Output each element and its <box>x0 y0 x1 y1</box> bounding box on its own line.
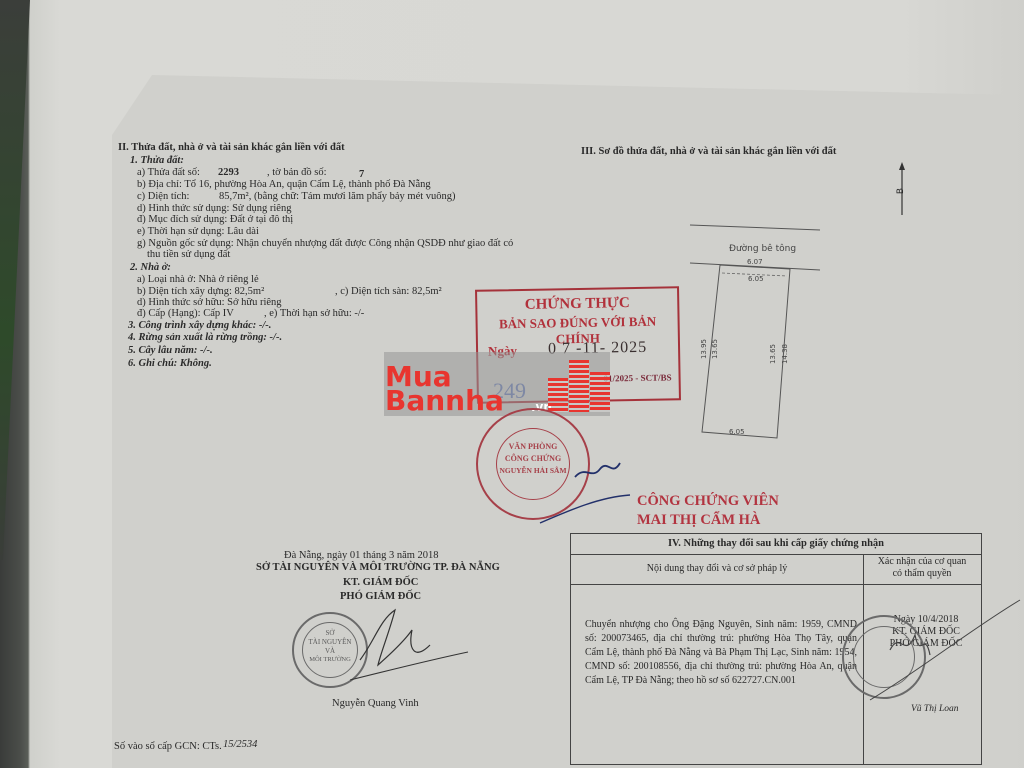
header-confirmation-line1: Xác nhận của cơ quan <box>863 556 981 568</box>
land-use-term: e) Thời hạn sử dụng: Lâu dài <box>137 226 259 238</box>
dim-top-inner: 6.05 <box>748 275 764 283</box>
dim-left-inner: 13.65 <box>711 339 719 359</box>
notary-title: CÔNG CHỨNG VIÊN <box>637 493 779 510</box>
header-confirmation: Xác nhận của cơ quan có thẩm quyền <box>863 556 981 580</box>
section-3-title: III. Sơ đồ thửa đất, nhà ở và tài sản kh… <box>581 146 836 157</box>
watermark-line2: Bannha <box>385 388 504 414</box>
gcn-number: 15/2534 <box>223 739 257 751</box>
dim-right-inner: 13.65 <box>769 344 777 364</box>
watermark-building-icon <box>569 360 589 412</box>
issuer-signature <box>320 600 470 690</box>
watermark-building-icon <box>548 378 568 412</box>
gcn-label: Số vào sổ cấp GCN: CTs. <box>114 741 222 753</box>
land-address: b) Địa chỉ: Tổ 16, phường Hòa An, quận C… <box>137 179 431 191</box>
section-2-title: II. Thửa đất, nhà ở và tài sản khác gắn … <box>118 142 345 153</box>
watermark-building-icon <box>590 372 610 412</box>
land-area-value: 85,7m², (bằng chữ: Tám mươi lăm phẩy bảy… <box>219 191 456 203</box>
house-type: a) Loại nhà ở: Nhà ở riêng lẻ <box>137 274 259 286</box>
dim-top-outer: 6.07 <box>747 258 763 266</box>
dim-left-outer: 13.95 <box>700 339 708 359</box>
notary-seal-line1: VĂN PHÒNG <box>478 442 588 451</box>
confirmation-signature <box>860 590 1024 710</box>
map-sheet-label: , tờ bản đồ số: <box>267 167 327 179</box>
land-area-label: c) Diện tích: <box>137 191 189 203</box>
parcel-number: 2293 <box>218 167 239 179</box>
land-use-purpose: đ) Mục đích sử dụng: Đất ở tại đô thị <box>137 214 293 226</box>
issuer-signer-name: Nguyễn Quang Vinh <box>332 698 419 710</box>
house-grade: đ) Cấp (Hạng): Cấp IV <box>137 308 234 320</box>
changes-table-header: Nội dung thay đổi và cơ sở pháp lý Xác n… <box>571 554 981 585</box>
parcel-label: a) Thửa đất số: <box>137 167 200 179</box>
production-forest: 4. Rừng sản xuất là rừng trồng: -/-. <box>128 332 282 344</box>
land-origin-line2: thu tiền sử dụng đất <box>147 249 230 261</box>
issuing-agency: SỞ TÀI NGUYÊN VÀ MÔI TRƯỜNG TP. ĐÀ NẴNG <box>256 562 500 574</box>
change-content: Chuyển nhượng cho Ông Đặng Nguyên, Sinh … <box>585 618 857 688</box>
changes-table-title: IV. Những thay đổi sau khi cấp giấy chứn… <box>571 534 981 555</box>
other-construction: 3. Công trình xây dựng khác: -/-. <box>128 320 271 332</box>
notary-signature <box>500 455 640 535</box>
perennial-trees: 5. Cây lâu năm: -/-. <box>128 345 213 357</box>
issue-date-line: Đà Nẵng, ngày 01 tháng 3 năm 2018 <box>284 550 439 562</box>
header-change-content: Nội dung thay đổi và cơ sở pháp lý <box>571 554 863 584</box>
stamp-book-suffix: 01/2025 - SCT/BS <box>604 372 672 383</box>
house-floor-area: , c) Diện tích sàn: 82,5m² <box>335 286 442 298</box>
dim-bottom: 6.05 <box>729 428 745 436</box>
north-label: B <box>896 188 906 194</box>
house-heading: 2. Nhà ở: <box>130 262 171 274</box>
road-label: Đường bê tông <box>729 244 796 254</box>
header-confirmation-line2: có thẩm quyền <box>863 568 981 580</box>
stamp-line1: CHỨNG THỰC <box>477 294 677 314</box>
background-wall <box>0 0 30 560</box>
issuer-role1: KT. GIÁM ĐỐC <box>343 577 418 589</box>
dim-right-outer: 14.38 <box>781 344 789 364</box>
notes: 6. Ghi chú: Không. <box>128 358 212 370</box>
land-heading: 1. Thửa đất: <box>130 155 184 167</box>
notary-name: MAI THỊ CẨM HÀ <box>637 512 760 529</box>
house-own-term: , e) Thời hạn sở hữu: -/- <box>264 308 364 320</box>
